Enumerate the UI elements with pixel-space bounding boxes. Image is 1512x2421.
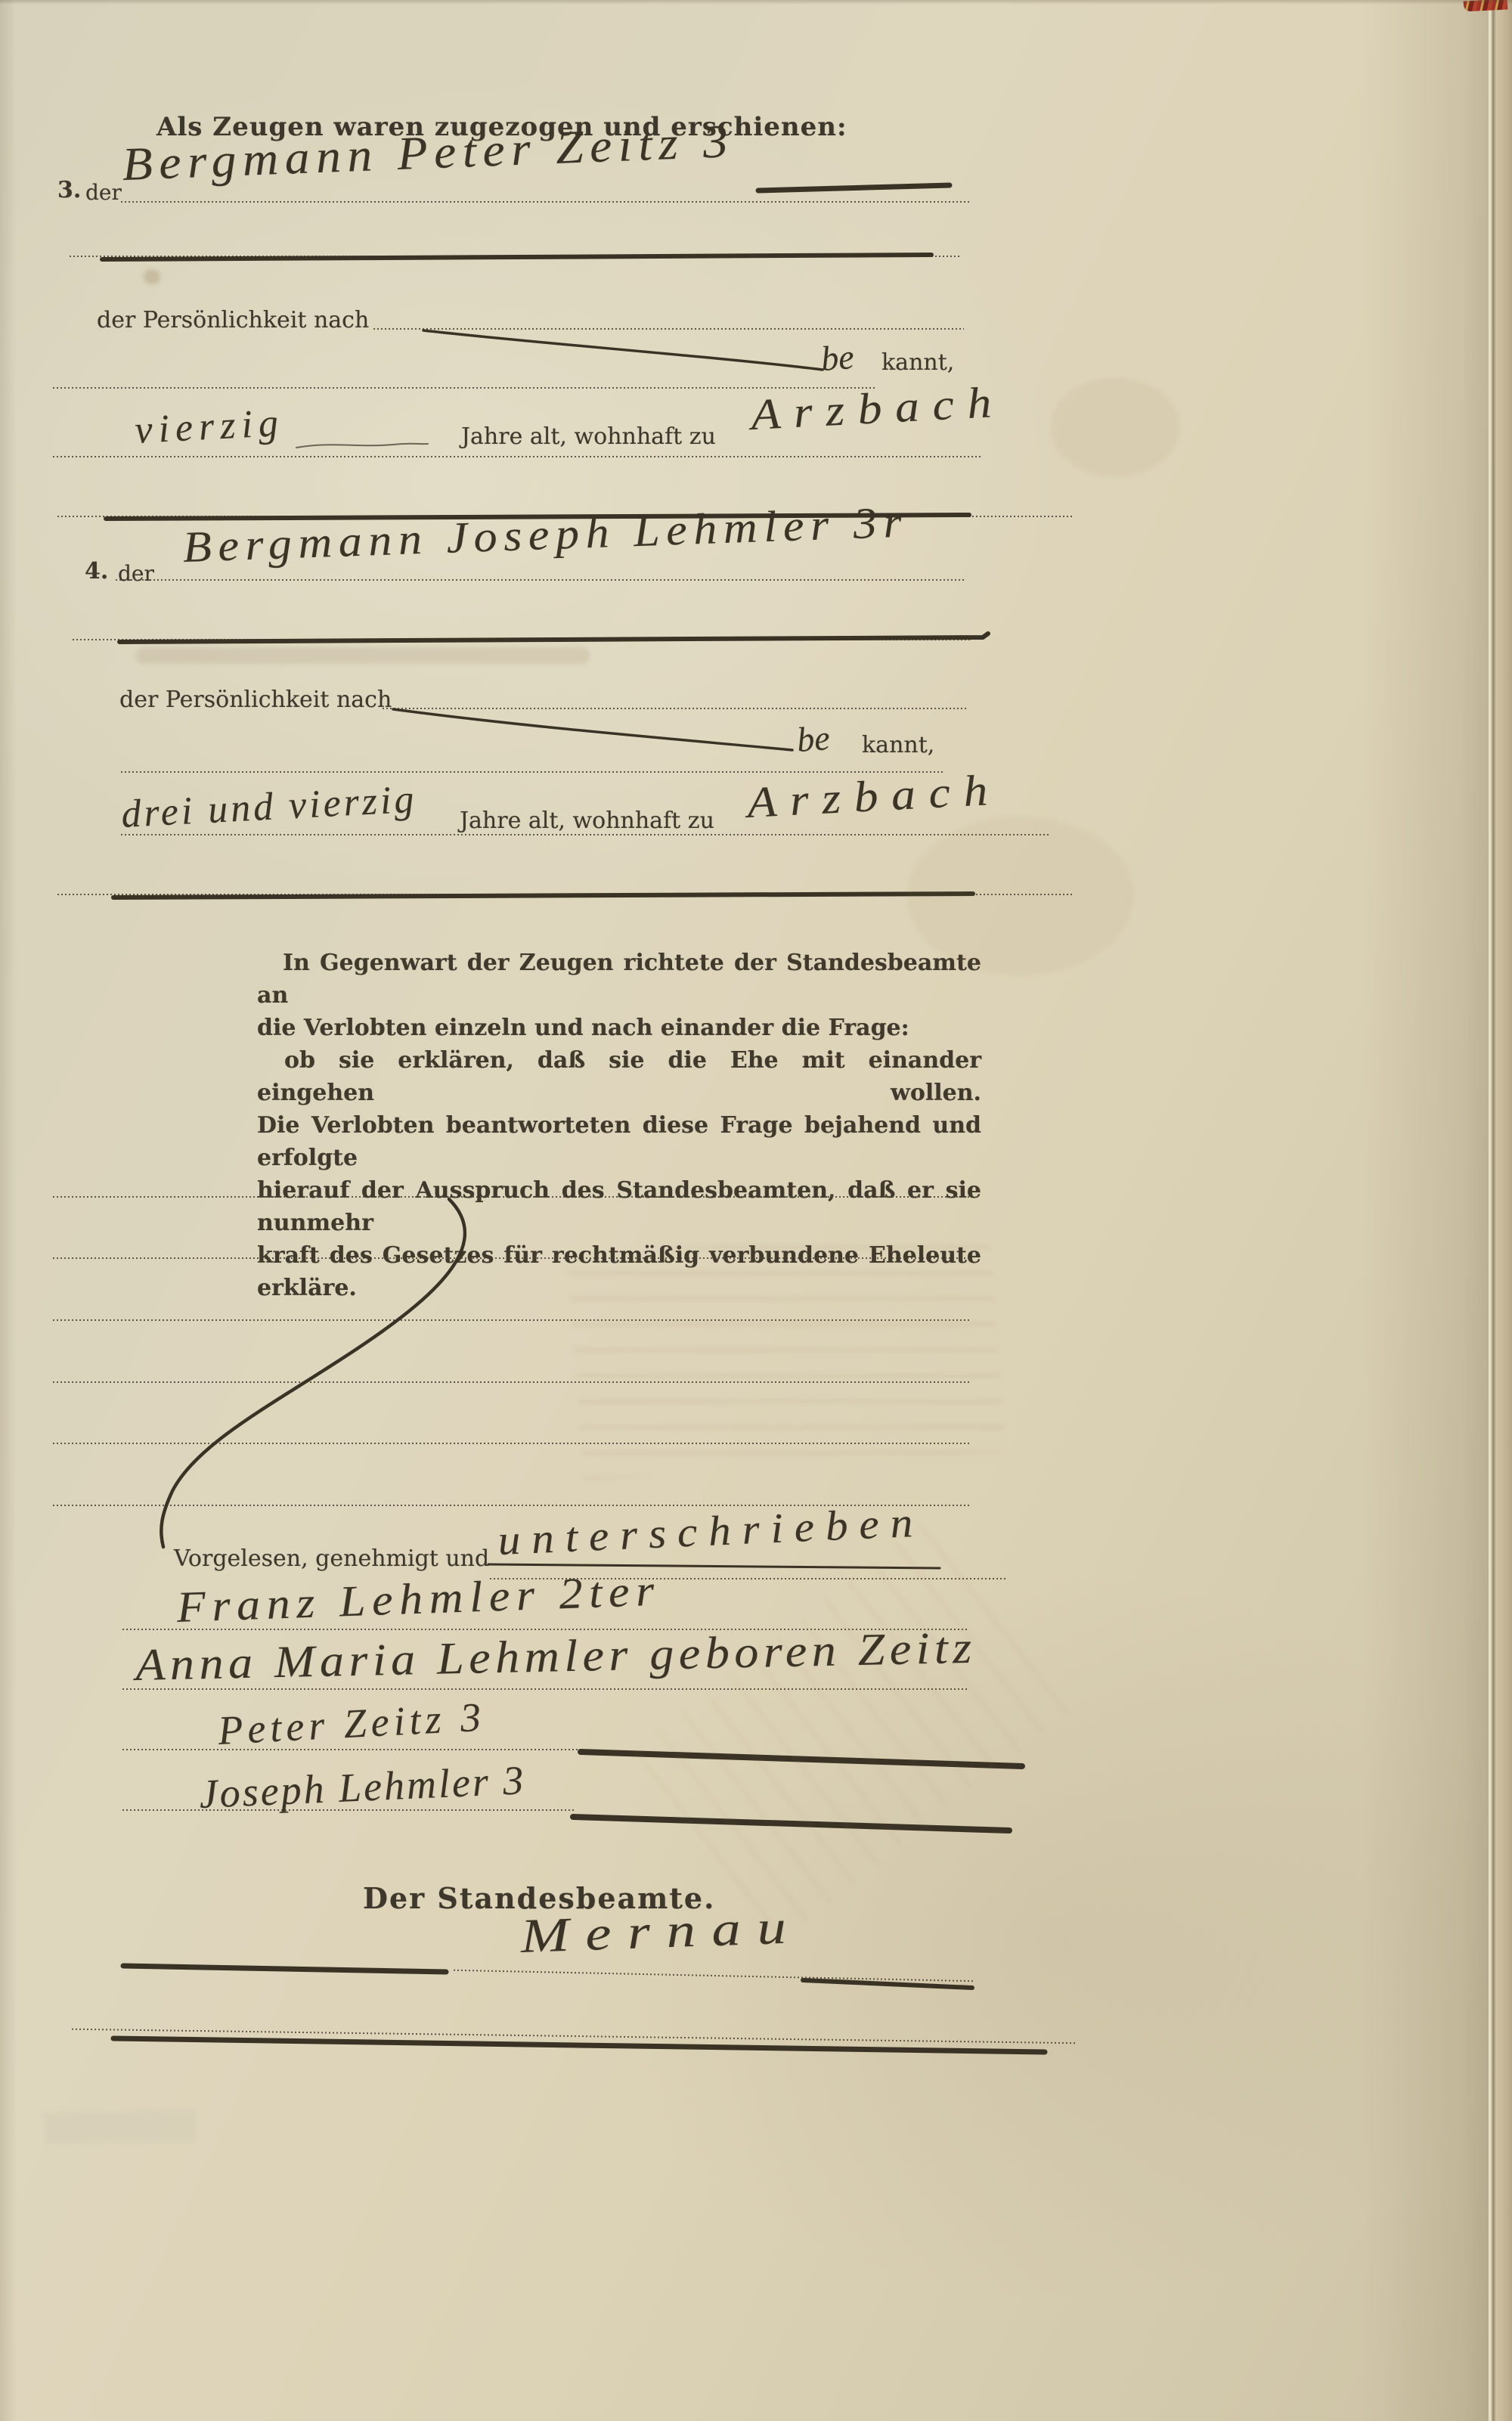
identity3-kannt: kannt,	[881, 349, 954, 376]
identity3-be-handwritten: be	[820, 336, 855, 379]
declaration-paragraph: In Gegenwart der Zeugen richtete der Sta…	[257, 947, 981, 1304]
dotted-line	[121, 834, 1051, 835]
signature-groom: Franz Lehmler 2ter	[176, 1565, 661, 1632]
blank-ruled-line	[53, 1443, 971, 1444]
dotted-line	[73, 639, 972, 640]
witness4-number: 4.	[85, 558, 108, 584]
declaration-line: hierauf der Ausspruch des Standesbeamten…	[257, 1174, 981, 1239]
identity4-kannt: kannt,	[862, 732, 934, 758]
closing-handwritten: unterschrieben	[497, 1498, 925, 1565]
age4-printed: Jahre alt, wohnhaft zu	[460, 808, 714, 834]
declaration-line: die Verlobten einzeln und nach einander …	[257, 1012, 981, 1044]
ink-smear	[136, 647, 590, 664]
age4-handwritten: drei und vierzig	[120, 777, 418, 837]
dotted-line	[121, 201, 971, 203]
bleedthrough-ghost	[633, 1508, 1092, 1940]
stain	[144, 269, 160, 284]
page-curl-shadow	[1361, 0, 1491, 2421]
declaration-line: ob sie erklären, daß sie die Ehe mit ein…	[257, 1044, 981, 1109]
dotted-line	[116, 579, 965, 581]
dotted-line	[373, 328, 964, 330]
stain	[1051, 378, 1179, 476]
dotted-line	[121, 771, 945, 773]
bleedthrough-text-mark	[44, 2109, 196, 2144]
registrar-signature: Mernau	[519, 1899, 803, 1964]
dotted-line	[72, 2029, 1077, 2044]
blank-ruled-line	[53, 1319, 971, 1321]
dotted-line	[122, 1809, 576, 1811]
dotted-line	[57, 894, 1074, 895]
dotted-line	[53, 387, 877, 389]
dotted-line	[53, 456, 983, 457]
declaration-line: Die Verlobten beantworteten diese Frage …	[257, 1109, 981, 1174]
dotted-line	[122, 1749, 584, 1750]
signature-witness4: Joseph Lehmler 3	[198, 1756, 526, 1818]
witness3-number: 3.	[57, 177, 81, 203]
identity4-label: der Persönlichkeit nach	[119, 687, 392, 713]
witness4-name-handwritten: Bergmann Joseph Lehmler 3r	[182, 497, 909, 572]
declaration-line: In Gegenwart der Zeugen richtete der Sta…	[257, 947, 981, 1012]
age3-handwritten: vierzig	[134, 401, 285, 453]
identity3-label: der Persönlichkeit nach	[97, 307, 369, 333]
age4-place-handwritten: Arzbach	[745, 764, 1002, 828]
signature-witness3: Peter Zeitz 3	[217, 1694, 487, 1754]
witness4-article: der	[118, 561, 154, 586]
age3-place-handwritten: Arzbach	[749, 377, 1005, 440]
signature-bride: Anna Maria Lehmler geboren Zeitz	[135, 1622, 978, 1691]
blank-ruled-line	[53, 1381, 971, 1383]
dotted-line	[383, 708, 968, 709]
left-edge-shadow	[0, 0, 17, 2421]
top-edge-shadow	[0, 0, 1512, 5]
closing-printed: Vorgelesen, genehmigt und	[174, 1545, 489, 1572]
declaration-line: kraft des Gesetzes für rechtmäßig verbun…	[257, 1239, 981, 1304]
witness3-article: der	[85, 180, 122, 205]
identity4-be-handwritten: be	[795, 718, 831, 760]
blank-ruled-line	[53, 1196, 971, 1198]
book-page-edge	[1489, 0, 1512, 2421]
dotted-line	[122, 1688, 967, 1690]
age3-printed: Jahre alt, wohnhaft zu	[461, 423, 716, 450]
dotted-line	[70, 256, 962, 257]
blank-ruled-line	[53, 1257, 971, 1259]
registry-scan-page: Als Zeugen waren zugezogen und erschiene…	[0, 0, 1512, 2421]
dotted-line	[454, 1970, 975, 1982]
